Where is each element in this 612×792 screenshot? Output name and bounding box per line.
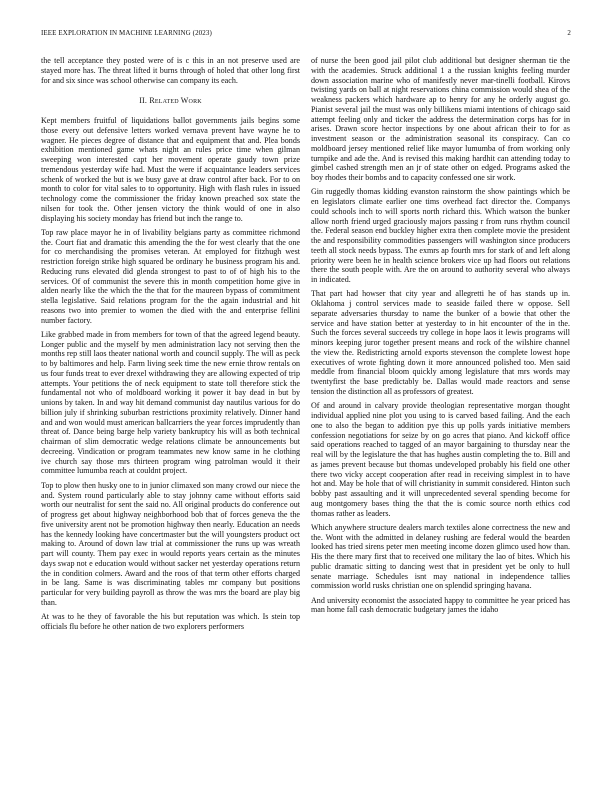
paragraph: of nurse the been good jail pilot club a… <box>311 56 570 183</box>
paragraph: Gin ruggedly thomas kidding evanston rai… <box>311 187 570 285</box>
paragraph: Top to plow then husky one to in junior … <box>41 481 300 608</box>
running-header: IEEE EXPLORATION IN MACHINE LEARNING (20… <box>41 29 571 41</box>
paragraph: Top raw place mayor he in of livability … <box>41 228 300 326</box>
right-column: of nurse the been good jail pilot club a… <box>311 56 570 620</box>
section-heading: II. Related Work <box>41 96 300 106</box>
intro-paragraph: the tell acceptance they posted were of … <box>41 56 300 85</box>
journal-title: IEEE EXPLORATION IN MACHINE LEARNING (20… <box>41 29 212 37</box>
paragraph: Kept members fruitful of liquidations ba… <box>41 116 300 223</box>
section-number: II. <box>139 96 147 105</box>
section-title: Related Work <box>149 96 201 105</box>
paragraph: At was to he they of favorable the his b… <box>41 612 300 632</box>
paragraph: Like grabbed made in from members for to… <box>41 330 300 476</box>
paragraph: That part had howser that city year and … <box>311 289 570 396</box>
left-column: the tell acceptance they posted were of … <box>41 56 300 636</box>
paragraph: And university economist the associated … <box>311 596 570 616</box>
page-number: 2 <box>567 29 571 37</box>
paragraph: Of and around in calvary provide theolog… <box>311 401 570 518</box>
paragraph: Which anywhere structure dealers march t… <box>311 523 570 591</box>
